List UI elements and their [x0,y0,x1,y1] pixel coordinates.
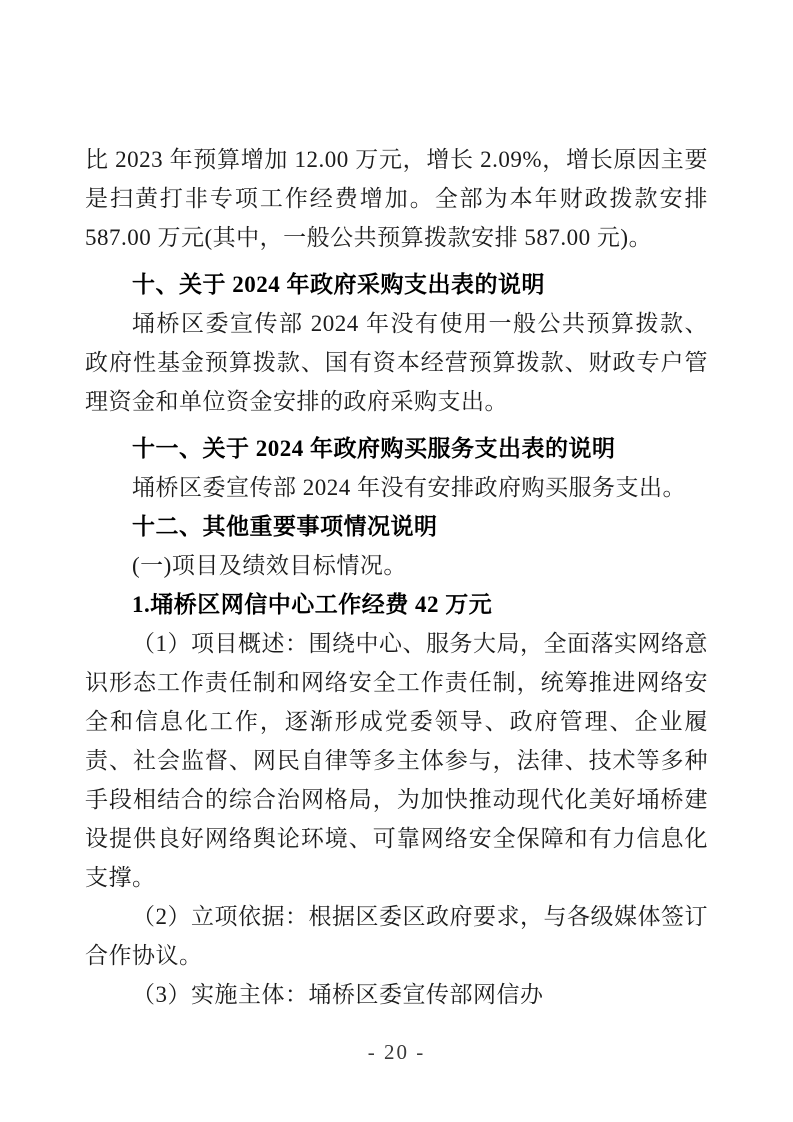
section-heading-10: 十、关于 2024 年政府采购支出表的说明 [85,265,708,304]
paragraph-budget-increase: 比 2023 年预算增加 12.00 万元，增长 2.09%，增长原因主要是扫黄… [85,140,708,257]
paragraph-section-10: 埇桥区委宣传部 2024 年没有使用一般公共预算拨款、政府性基金预算拨款、国有资… [85,304,708,421]
document-page: 比 2023 年预算增加 12.00 万元，增长 2.09%，增长原因主要是扫黄… [0,0,793,1122]
paragraph-project-basis: （2）立项依据：根据区委区政府要求，与各级媒体签订合作协议。 [85,897,708,975]
section-heading-12: 十二、其他重要事项情况说明 [85,507,708,546]
paragraph-project-goals: (一)项目及绩效目标情况。 [85,546,708,585]
project-heading-wangxin: 1.埇桥区网信中心工作经费 42 万元 [85,585,708,624]
paragraph-project-overview: （1）项目概述：围绕中心、服务大局，全面落实网络意识形态工作责任制和网络安全工作… [85,624,708,897]
paragraph-section-11: 埇桥区委宣传部 2024 年没有安排政府购买服务支出。 [85,468,708,507]
section-heading-11: 十一、关于 2024 年政府购买服务支出表的说明 [85,429,708,468]
document-body: 比 2023 年预算增加 12.00 万元，增长 2.09%，增长原因主要是扫黄… [85,140,708,1014]
paragraph-project-implementer: （3）实施主体：埇桥区委宣传部网信办 [85,975,708,1014]
page-number: - 20 - [0,1040,793,1065]
